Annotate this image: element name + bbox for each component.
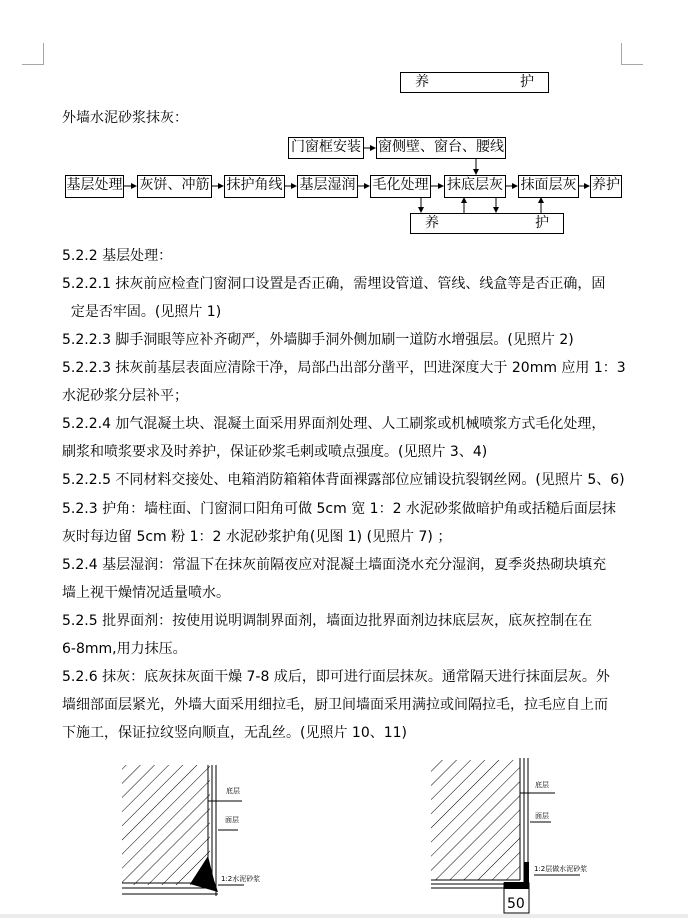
figure2-label-base: 底层 — [535, 780, 549, 790]
figure2-dimension: 50 — [507, 895, 525, 913]
figure1-label-base: 底层 — [226, 786, 240, 796]
figure1-label-finish: 面层 — [225, 815, 239, 825]
figure2-label-finish: 面层 — [535, 811, 549, 821]
figure-corner-detail-1 — [0, 0, 688, 918]
figure2-label-mortar: 1:2层做水泥砂浆 — [534, 864, 587, 874]
figure1-label-mortar: 1:2水泥砂浆 — [221, 874, 260, 884]
